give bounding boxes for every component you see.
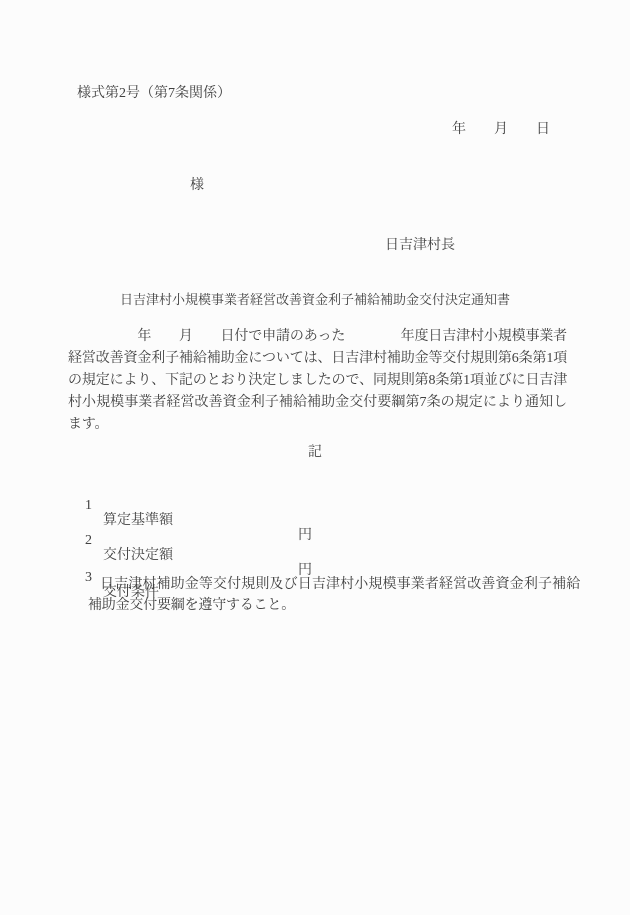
item-number: 1 [85, 498, 92, 513]
item-row-grant-decision-amount: 2 交付決定額 円 [0, 518, 630, 534]
document-page: 様式第2号（第7条関係） 年 月 日 様 日吉津村長 日吉津村小規模事業者経営改… [0, 0, 630, 915]
body-paragraph: 年 月 日付で申請のあった 年度日吉津村小規模事業者経営改善資金利子補給補助金に… [68, 326, 567, 436]
item-row-grant-conditions: 3 交付条件 [0, 555, 630, 571]
form-number: 様式第2号（第7条関係） [77, 86, 231, 101]
grant-condition-detail: 日吉津村補助金等交付規則及び日吉津村小規模事業者経営改善資金利子補給補助金交付要… [88, 574, 580, 616]
item-row-calculation-base: 1 算定基準額 円 [0, 483, 630, 499]
document-title: 日吉津村小規模事業者経営改善資金利子補給補助金交付決定通知書 [0, 292, 630, 307]
record-marker: 記 [0, 445, 630, 460]
addressee-honorific: 様 [190, 178, 204, 193]
item-number: 2 [85, 533, 92, 548]
date-field: 年 月 日 [452, 122, 550, 137]
sender-title: 日吉津村長 [385, 238, 455, 253]
